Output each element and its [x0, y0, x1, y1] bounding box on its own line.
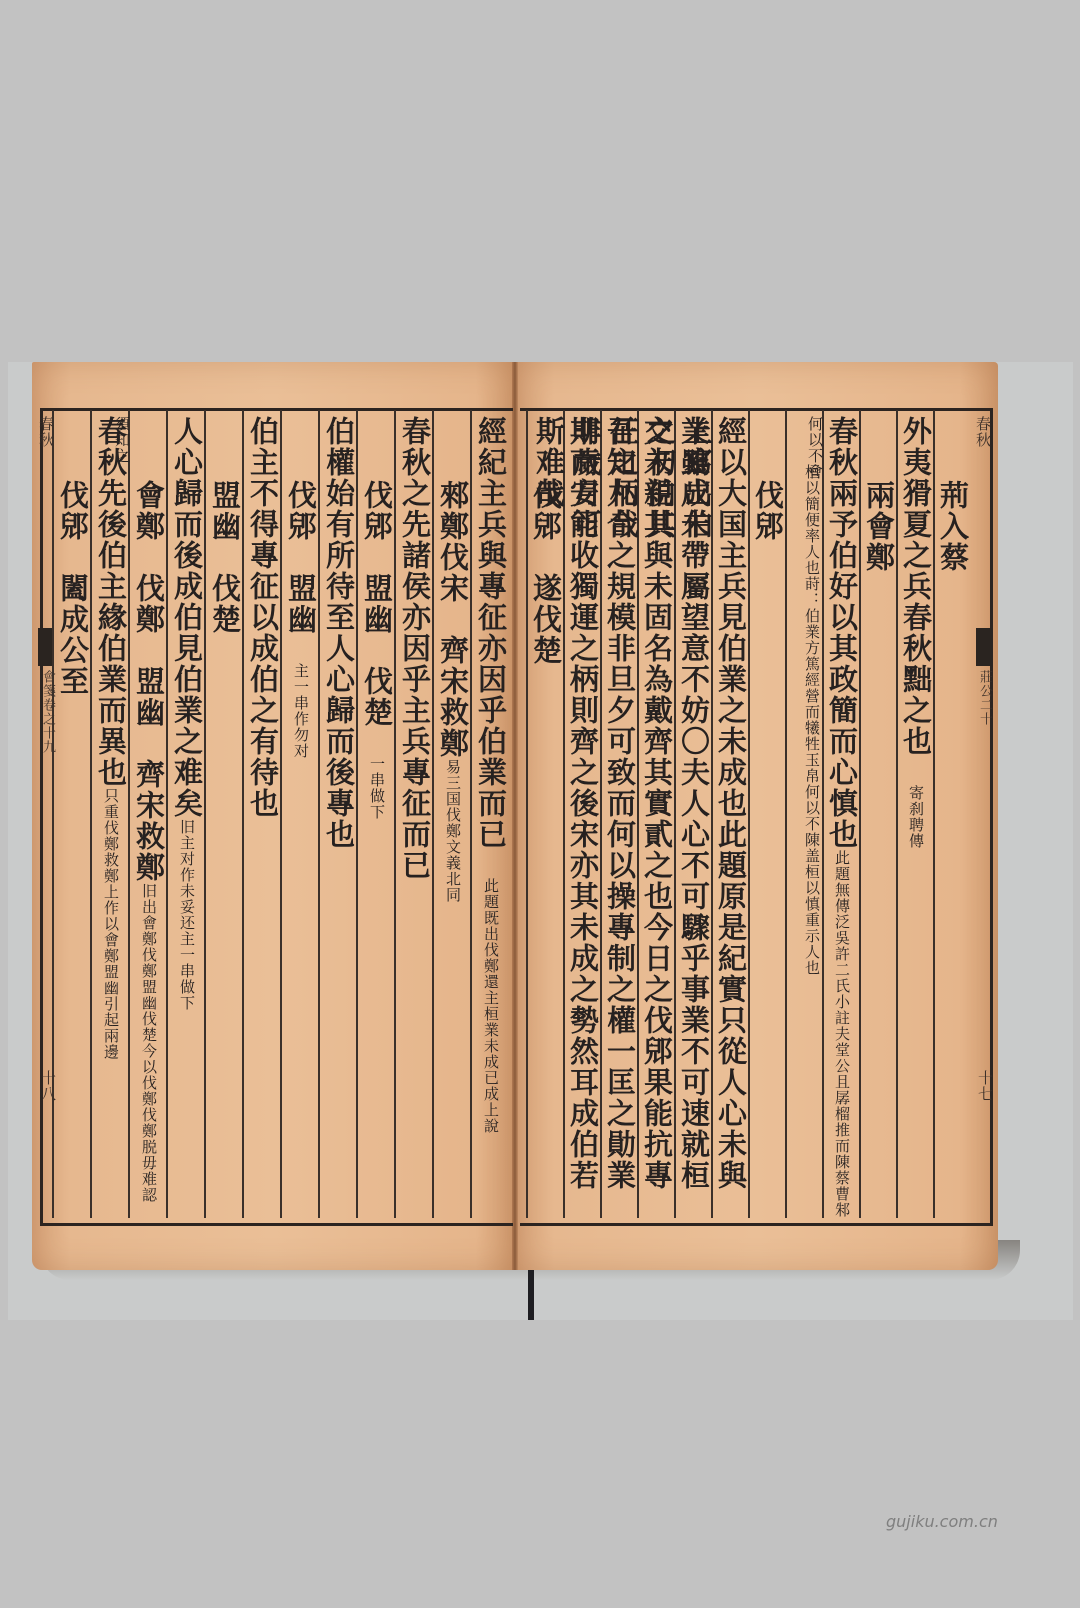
- text-column: 伐郳 盟幽 伐楚一串做下: [356, 410, 394, 1218]
- site-watermark: gujiku.com.cn: [886, 1512, 998, 1531]
- text-column: 經紀主兵與專征亦因乎伯業而已此題既出伐鄭還主桓業未成已成上說: [470, 410, 508, 1218]
- text-column: 業雖成未帶屬望意不妨〇夫人心不可驟乎事業不可速就桓之初伯其: [674, 410, 711, 1218]
- text-column: 春秋之先諸侯亦因乎主兵專征而已: [394, 410, 432, 1218]
- text-column: 伐郳 闔成公至: [52, 410, 90, 1218]
- right-fish-tail-mark: [976, 628, 992, 666]
- text-column: 經以大国主兵見伯業之未成也此題原是紀實只從人心未與上寫出伯: [711, 410, 748, 1218]
- text-column: 荊入蔡: [933, 410, 970, 1218]
- text-column: 會鄭 伐鄭 盟幽 齊宋救鄭旧出會鄭伐鄭盟幽伐楚今以伐鄭伐鄭脱毋难認須知之: [128, 410, 166, 1218]
- right-page-number: 十七: [975, 1070, 996, 1102]
- text-column: 吾知九合之規模非旦夕可致而何以操專制之權一匡之勛業非歲月可: [600, 410, 637, 1218]
- text-column: 交未親其與未固名為戴齊其實貳之也今日之伐郳果能抗專征之柄哉: [637, 410, 674, 1218]
- text-column: 伐郳: [748, 410, 785, 1218]
- text-column: 郲鄭伐宋 齊宋救鄭易三国伐鄭文義北同: [432, 410, 470, 1218]
- text-column: 春秋先後伯主緣伯業而異也只重伐鄭救鄭上作以會鄭盟幽引起兩邊: [90, 410, 128, 1218]
- text-column: 人心歸而後成伯見伯業之难矣旧主对作未妥还主一串做下: [166, 410, 204, 1218]
- right-page-columns: 荊入蔡 外夷猾夏之兵春秋黜之也寄刹聘傳 兩會鄭 春秋兩予伯好以其政簡而心慎也此題…: [522, 410, 970, 1218]
- text-column: 伯主不得專征以成伯之有待也: [242, 410, 280, 1218]
- text-column: 外夷猾夏之兵春秋黜之也寄刹聘傳: [896, 410, 933, 1218]
- text-column: 兩會鄭: [859, 410, 896, 1218]
- text-column: 春秋兩予伯好以其政簡而心慎也此題無傳泛吳許二氏小註夫堂公且孱榴推而陳蔡曹邾何以不…: [822, 410, 859, 1218]
- text-column: 伯權始有所待至人心歸而後專也: [318, 410, 356, 1218]
- text-column: 期而安能收獨運之柄則齊之後宋亦其未成之勢然耳成伯若斯难哉: [563, 410, 600, 1218]
- right-edge-title: 春秋: [973, 416, 994, 448]
- right-edge-label: 莊公二十: [975, 670, 994, 726]
- text-column: 桓以簡便率人也莳：伯業方篤經營而犧牲玉帛何以不陳盖桓以慎重示人也: [785, 410, 822, 1218]
- left-page-columns: 經紀主兵與專征亦因乎伯業而已此題既出伐鄭還主桓業未成已成上說 郲鄭伐宋 齊宋救鄭…: [46, 410, 508, 1218]
- binding-thread: [528, 1270, 534, 1320]
- text-column: 伐郳 遂伐楚: [526, 410, 563, 1218]
- text-column: 伐郳 盟幽主一串作勿对: [280, 410, 318, 1218]
- text-column: 盟幽 伐楚: [204, 410, 242, 1218]
